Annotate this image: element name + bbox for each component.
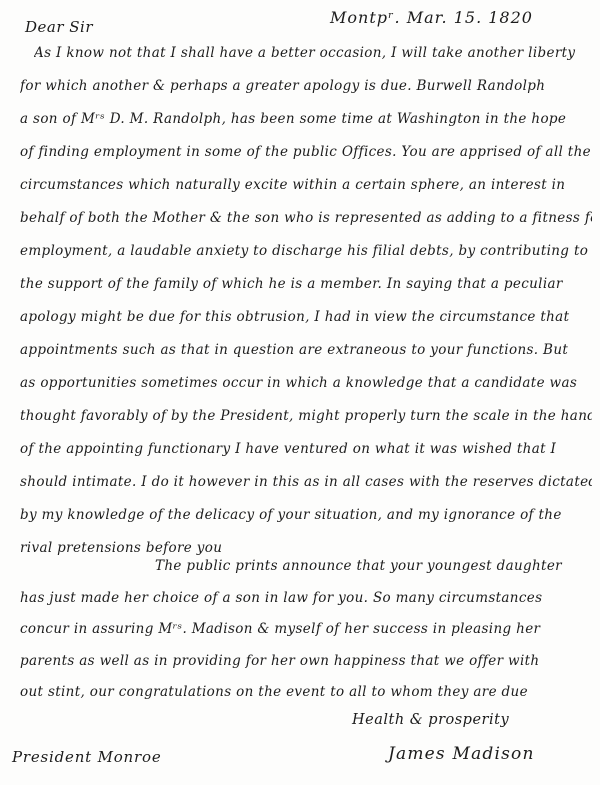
- manuscript-line: behalf of both the Mother & the son who …: [20, 202, 592, 235]
- manuscript-line: apology might be due for this obtrusion,…: [20, 301, 592, 334]
- manuscript-line: employment, a laudable anxiety to discha…: [20, 235, 592, 268]
- dateline: Montpʳ. Mar. 15. 1820: [330, 8, 533, 27]
- manuscript-line: should intimate. I do it however in this…: [20, 466, 592, 499]
- closing-line: Health & prosperity: [352, 712, 509, 728]
- manuscript-line: As I know not that I shall have a better…: [34, 37, 592, 70]
- manuscript-line: as opportunities sometimes occur in whic…: [20, 367, 592, 400]
- letter-paragraph-1: As I know not that I shall have a better…: [20, 37, 592, 565]
- manuscript-line: of the appointing functionary I have ven…: [20, 433, 592, 466]
- manuscript-line: parents as well as in providing for her …: [20, 646, 592, 678]
- manuscript-line: the support of the family of which he is…: [20, 268, 592, 301]
- manuscript-line: thought favorably of by the President, m…: [20, 400, 592, 433]
- manuscript-line: by my knowledge of the delicacy of your …: [20, 499, 592, 532]
- manuscript-line: of finding employment in some of the pub…: [20, 136, 592, 169]
- manuscript-line: The public prints announce that your you…: [155, 551, 592, 583]
- manuscript-line: for which another & perhaps a greater ap…: [20, 70, 592, 103]
- letter-page: Montpʳ. Mar. 15. 1820 Dear Sir As I know…: [0, 0, 600, 785]
- addressee: President Monroe: [12, 748, 162, 766]
- manuscript-line: circumstances which naturally excite wit…: [20, 169, 592, 202]
- manuscript-line: appointments such as that in question ar…: [20, 334, 592, 367]
- salutation: Dear Sir: [25, 18, 93, 36]
- manuscript-line: has just made her choice of a son in law…: [20, 583, 592, 615]
- manuscript-line: a son of Mʳˢ D. M. Randolph, has been so…: [20, 103, 592, 136]
- manuscript-line: concur in assuring Mʳˢ. Madison & myself…: [20, 614, 592, 646]
- letter-paragraph-2: The public prints announce that your you…: [20, 551, 592, 709]
- signature: James Madison: [388, 744, 535, 764]
- manuscript-line: out stint, our congratulations on the ev…: [20, 677, 592, 709]
